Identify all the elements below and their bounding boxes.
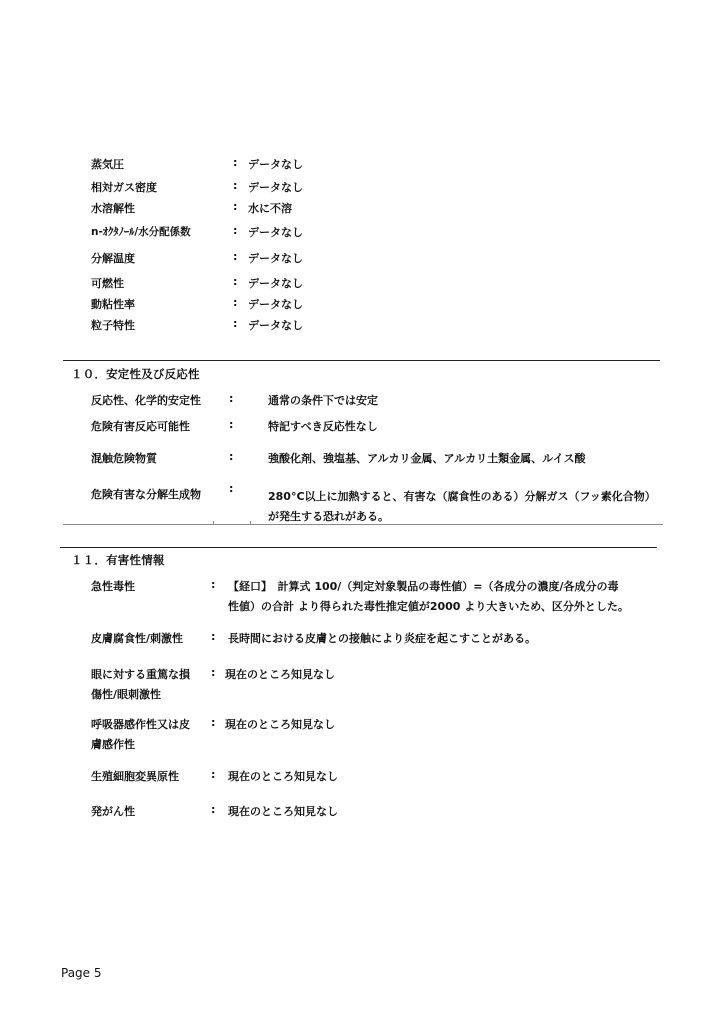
label-particle-characteristics: 粒子特性 — [91, 317, 135, 333]
value-relative-gas-density: データなし — [248, 179, 303, 195]
table-bottom-border — [63, 524, 663, 525]
colon: : — [233, 224, 237, 237]
colon: : — [229, 418, 233, 431]
value-acute-toxicity-line2: 性値）の合計 より得られた毒性推定値が2000 より大きいため、区分外とした。 — [228, 598, 629, 614]
colon: : — [211, 630, 215, 643]
page-number: Page 5 — [61, 966, 102, 980]
colon: : — [233, 296, 237, 309]
colon: : — [233, 275, 237, 288]
value-decomposition-temperature: データなし — [248, 250, 303, 266]
colon: : — [233, 250, 237, 263]
value-incompatible-materials: 強酸化剤、強塩基、アルカリ金属、アルカリ土類金属、ルイス酸 — [268, 450, 585, 466]
label-decomposition-temperature: 分解温度 — [91, 250, 135, 266]
label-water-solubility: 水溶解性 — [91, 200, 135, 216]
colon: : — [211, 578, 215, 591]
label-hazardous-reactions: 危険有害反応可能性 — [91, 418, 190, 434]
label-germ-cell-mutagenicity: 生殖細胞変異原性 — [91, 768, 179, 784]
label-kinematic-viscosity: 動粘性率 — [91, 296, 135, 312]
value-flammability: データなし — [248, 275, 303, 291]
label-carcinogenicity: 発がん性 — [91, 803, 135, 819]
label-skin-corrosion: 皮膚腐食性/刺激性 — [91, 630, 183, 646]
value-carcinogenicity: 現在のところ知見なし — [228, 803, 338, 819]
colon: : — [211, 666, 215, 679]
colon: : — [211, 803, 215, 816]
label-acute-toxicity: 急性毒性 — [91, 578, 135, 594]
colon: : — [229, 392, 233, 405]
value-particle-characteristics: データなし — [248, 317, 303, 333]
colon: : — [211, 716, 215, 729]
table-column-tick — [213, 521, 214, 524]
colon: : — [229, 482, 233, 495]
value-sensitization: 現在のところ知見なし — [225, 716, 335, 732]
colon: : — [233, 156, 237, 169]
value-kinematic-viscosity: データなし — [248, 296, 303, 312]
label-eye-damage-line2: 傷性/眼刺激性 — [91, 686, 161, 702]
value-acute-toxicity-line1: 【経口】 計算式 100/（判定対象製品の毒性値）=（各成分の濃度/各成分の毒 — [228, 578, 619, 594]
value-decomposition-products-line1: 280°C以上に加熱すると、有害な（腐食性のある）分解ガス（フッ素化合物） — [268, 488, 656, 504]
section-11-title: １１．有害性情報 — [71, 552, 165, 568]
section-divider — [63, 360, 660, 361]
value-vapor-pressure: データなし — [248, 156, 303, 172]
label-partition-coefficient: n-ｵｸﾀﾉｰﾙ/水分配係数 — [91, 224, 191, 239]
table-column-tick — [250, 521, 251, 524]
label-eye-damage-line1: 眼に対する重篤な損 — [91, 666, 190, 682]
value-decomposition-products-line2: が発生する恐れがある。 — [268, 508, 389, 524]
colon: : — [229, 450, 233, 463]
section-10-title: １０．安定性及び反応性 — [71, 366, 200, 382]
label-relative-gas-density: 相対ガス密度 — [91, 179, 157, 195]
colon: : — [233, 179, 237, 192]
label-decomposition-products: 危険有害な分解生成物 — [91, 486, 201, 502]
colon: : — [211, 768, 215, 781]
label-reactivity-chemical-stability: 反応性、化学的安定性 — [91, 392, 201, 408]
colon: : — [233, 200, 237, 213]
colon: : — [233, 317, 237, 330]
value-eye-damage: 現在のところ知見なし — [225, 666, 335, 682]
value-skin-corrosion: 長時間における皮膚との接触により炎症を起こすことがある。 — [228, 630, 536, 646]
value-hazardous-reactions: 特記すべき反応性なし — [268, 418, 378, 434]
value-partition-coefficient: データなし — [248, 224, 303, 240]
label-incompatible-materials: 混触危険物質 — [91, 450, 157, 466]
label-sensitization-line2: 膚感作性 — [91, 736, 135, 752]
value-water-solubility: 水に不溶 — [248, 200, 292, 216]
label-sensitization-line1: 呼吸器感作性又は皮 — [91, 716, 190, 732]
label-flammability: 可燃性 — [91, 275, 124, 291]
section-divider — [60, 547, 657, 548]
label-vapor-pressure: 蒸気圧 — [91, 156, 124, 172]
value-reactivity-chemical-stability: 通常の条件下では安定 — [268, 392, 378, 408]
value-germ-cell-mutagenicity: 現在のところ知見なし — [228, 768, 338, 784]
